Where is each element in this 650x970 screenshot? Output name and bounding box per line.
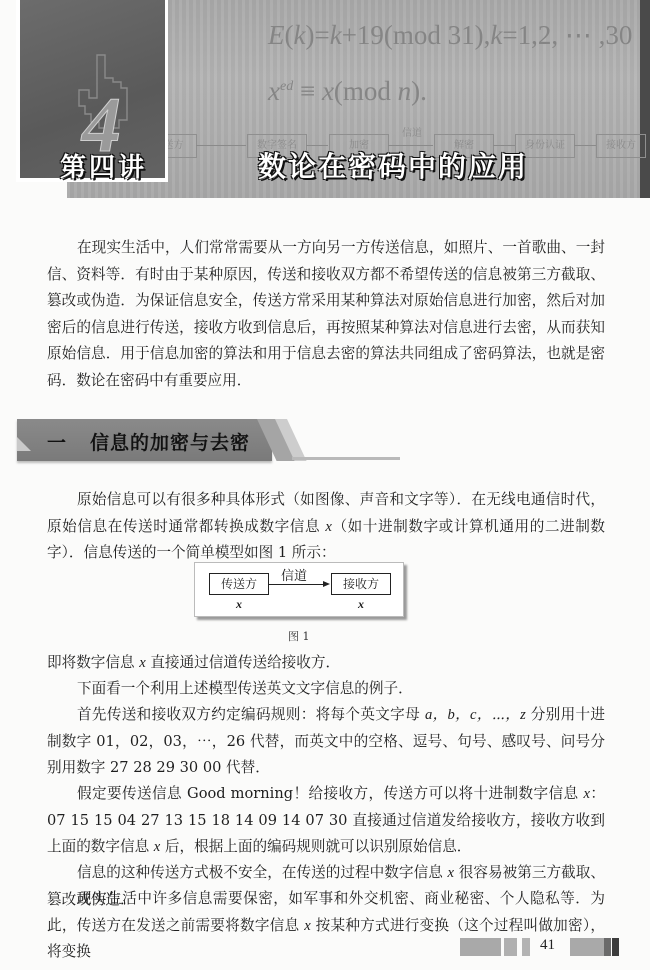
bg-arrow: [574, 145, 596, 146]
bg-arrow: [196, 145, 246, 146]
figure-caption: 图 1: [288, 628, 310, 644]
footer-decor-bar: [604, 938, 611, 956]
channel-arrow-line: [269, 584, 327, 585]
section-title: 信息的加密与去密: [90, 428, 250, 455]
background-formula-1: E(k)=k+19(mod 31),k=1,2, ⋯ ,30: [268, 20, 632, 51]
intro-paragraph: 在现实生活中，人们常常需要从一方向另一方传送信息，如照片、一首歌曲、一封信、资料…: [47, 235, 605, 395]
paragraph-1: 原始信息可以有很多种具体形式（如图像、声音和文字等）．在无线电通信时代，原始信息…: [47, 487, 605, 567]
bg-box-receiver: 接收方: [596, 134, 646, 158]
footer-decor-bar: [522, 938, 530, 956]
background-formula-2: xed ≡ x(mod n).: [268, 76, 427, 107]
sender-box: 传送方: [209, 573, 269, 595]
footer-decor-bar: [460, 938, 501, 956]
arrow-right-icon: [323, 581, 330, 587]
lecture-number: 第四讲: [60, 147, 147, 184]
receiver-variable: x: [358, 597, 364, 612]
paragraph-4: 首先传送和接收双方约定编码规则：将每个英文字母 a，b，c，⋯，z 分别用十进制…: [47, 702, 605, 782]
lecture-title: 数论在密码中的应用: [258, 145, 528, 185]
footer-decor-bar: [504, 938, 517, 956]
paragraph-3: 下面看一个利用上述模型传送英文文字信息的例子．: [47, 676, 605, 703]
figure-1-diagram: 传送方 信道 接收方 x x: [194, 562, 404, 617]
bg-channel-label: 信道: [402, 124, 422, 139]
footer-decor-bar: [612, 938, 619, 956]
channel-label: 信道: [281, 565, 307, 584]
header-right-edge: [640, 0, 650, 198]
paragraph-5: 假定要传送信息 Good morning！给接收方，传送方可以将十进制数字信息 …: [47, 781, 605, 861]
banner-tail-line: [292, 457, 400, 460]
folded-corner: [17, 437, 31, 451]
section-banner: 一 信息的加密与去密: [17, 419, 397, 465]
receiver-box: 接收方: [331, 573, 391, 595]
page-number: 41: [540, 937, 555, 954]
sender-variable: x: [236, 597, 242, 612]
paragraph-2: 即将数字信息 x 直接通过信道传送给接收方．: [47, 650, 605, 677]
section-number: 一: [47, 428, 66, 455]
footer-decor-bar: [570, 938, 604, 956]
